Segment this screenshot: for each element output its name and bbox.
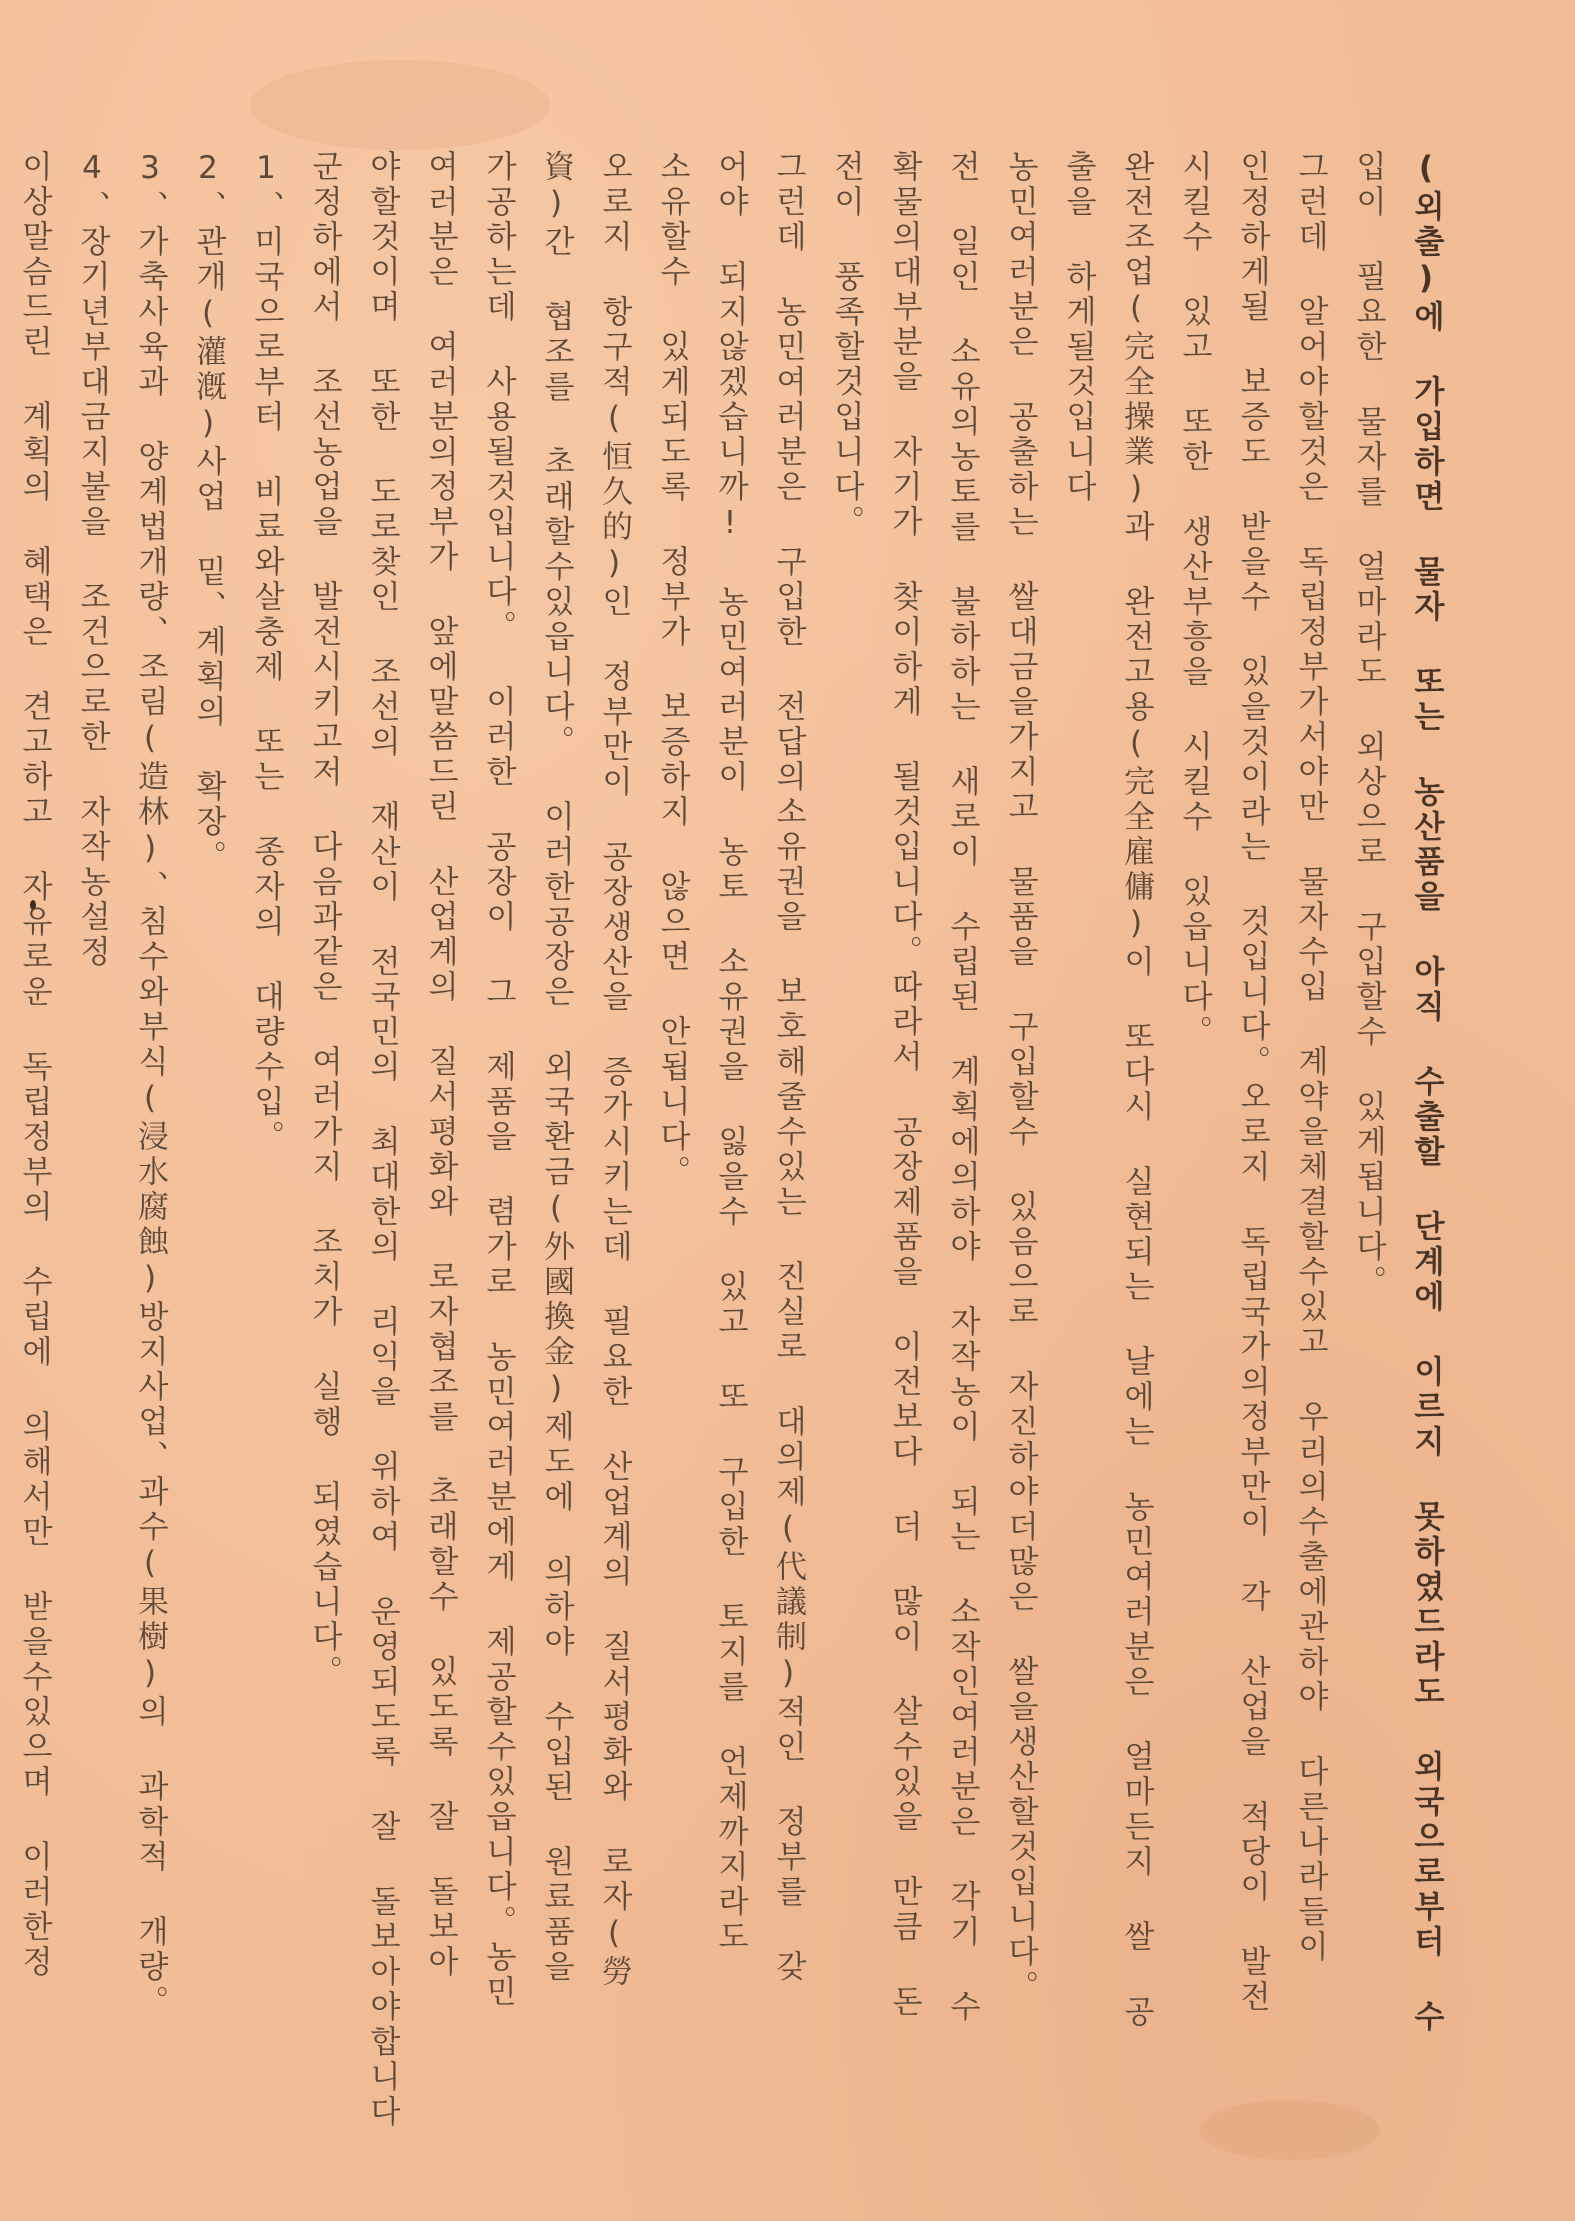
text-column: 농민여러분은 공출하는 쌀대금을가지고 물품을 구입할수 있음으로 자진하야더많… [991, 150, 1049, 2000]
list-item: 3、가축사육과 양계법개량、조림(造林)、침수와부식(浸水腐蝕)방지사업、과수(… [121, 150, 179, 2000]
text-column: 資)간 협조를 초래할수있읍니다。 이러한공장은 외국환금(外國換金)제도에 의… [527, 150, 585, 2000]
text-column: 여러분은 여러분의정부가 앞에말씀드린 산업계의 질서평화와 로자협조를 초래할… [411, 150, 469, 2000]
list-item: 4、장기년부대금지불을 조건으로한 자작농설정 [63, 150, 121, 2000]
text-column: 확물의대부분을 자기가 찾이하게 될것입니다。따라서 공장제품을 이전보다 더 … [875, 150, 933, 2000]
list-item: 1、미국으로부터 비료와살충제 또는 종자의 대량수입。 [237, 150, 295, 2000]
text-column: 그런데 농민여러분은 구입한 전답의소유권을 보호해줄수있는 진실로 대의제(代… [759, 150, 817, 2000]
text-column: (외출)에 가입하면 물자 또는 농산품을 아직 수출할 단계에 이르지 못하였… [1397, 150, 1455, 2000]
text-column: 출을 하게될것입니다 [1049, 150, 1107, 2000]
text-column: 입이 필요한 물자를 얼마라도 외상으로 구입할수 있게됩니다。 [1339, 150, 1397, 2000]
text-column: 이상말슴드린 계획의 혜택은 견고하고 자유로운 독립정부의 수립에 의해서만 … [5, 150, 63, 2000]
list-item: 2、관개(灌漑)사업 밑、계획의 확장。 [179, 150, 237, 2000]
text-column: 부이라야만 이상의 계획을 더욱 발전시킬것이며 세계주권국가들의 가족의 일원… [0, 150, 5, 2000]
text-column: 인정하게될 보증도 받을수 있을것이라는 것입니다。오로지 독립국가의정부만이 … [1223, 150, 1281, 2000]
paper-stain [1200, 2100, 1380, 2160]
text-column: 전이 풍족할것입니다。 [817, 150, 875, 2000]
text-column: 가공하는데 사용될것입니다。 이러한 공장이 그 제품을 렴가로 농민여러분에게… [469, 150, 527, 2000]
text-column: 그런데 알어야할것은 독립정부가서야만 물자수입 계약을체결할수있고 우리의수출… [1281, 150, 1339, 2000]
vertical-text-body: (외출)에 가입하면 물자 또는 농산품을 아직 수출할 단계에 이르지 못하였… [195, 150, 1455, 2000]
text-column: 전 일인 소유의농토를 불하하는 새로이 수립된 계획에의하야 자작농이 되는 … [933, 150, 991, 2000]
text-column: 시킬수 있고 또한 생산부흥을 시킬수 있읍니다。 [1165, 150, 1223, 2000]
document-page: (외출)에 가입하면 물자 또는 농산품을 아직 수출할 단계에 이르지 못하였… [0, 0, 1575, 2221]
text-column: 야할것이며 또한 도로찾인 조선의 재산이 전국민의 최대한의 리익을 위하여 … [353, 150, 411, 2000]
text-column: 소유할수 있게되도록 정부가 보증하지 않으면 안됩니다。 [643, 150, 701, 2000]
text-column: 완전조업(完全操業)과 완전고용(完全雇傭)이 또다시 실현되는 날에는 농민여… [1107, 150, 1165, 2000]
text-column: 군정하에서 조선농업을 발전시키고저 다음과같은 여러가지 조치가 실행 되였습… [295, 150, 353, 2000]
text-column: 오로지 항구적(恒久的)인 정부만이 공장생산을 증가시키는데 필요한 산업계의… [585, 150, 643, 2000]
paper-stain [250, 60, 550, 150]
text-column: 어야 되지않겠습니까! 농민여러분이 농토 소유권을 잃을수 있고 또 구입한 … [701, 150, 759, 2000]
